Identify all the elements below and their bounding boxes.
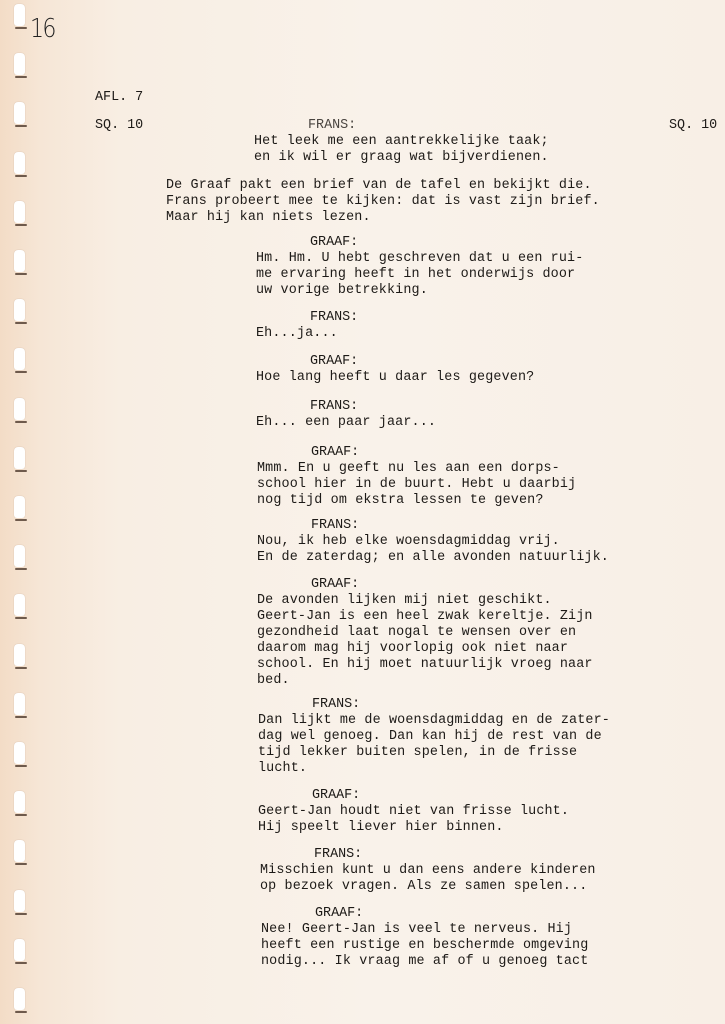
dialogue-block: FRANS: Misschien kunt u dan eens andere … bbox=[260, 847, 596, 895]
binding-hole bbox=[14, 890, 25, 912]
binding-hole bbox=[14, 988, 25, 1010]
binding-hole bbox=[14, 742, 25, 764]
dialogue-block: GRAAF: Hm. Hm. U hebt geschreven dat u e… bbox=[256, 235, 583, 299]
binding-hole bbox=[14, 939, 25, 961]
action-line: De Graaf pakt een brief van de tafel en … bbox=[166, 178, 600, 194]
binding-hole bbox=[14, 447, 25, 469]
dialogue-block: FRANS: Nou, ik heb elke woensdagmiddag v… bbox=[257, 518, 609, 566]
binding-hole bbox=[14, 594, 25, 616]
dialogue-line: De avonden lijken mij niet geschikt. bbox=[257, 593, 593, 609]
dialogue-line: Nee! Geert-Jan is veel te nerveus. Hij bbox=[261, 922, 588, 938]
binding-hole bbox=[14, 53, 25, 75]
dialogue-block: GRAAF: Hoe lang heeft u daar les gegeven… bbox=[256, 354, 534, 386]
dialogue-line: me ervaring heeft in het onderwijs door bbox=[256, 267, 583, 283]
binding-hole bbox=[14, 545, 25, 567]
dialogue-line: Geert-Jan houdt niet van frisse lucht. bbox=[258, 804, 569, 820]
speaker-name: FRANS: bbox=[314, 847, 596, 863]
dialogue-line: heeft een rustige en beschermde omgeving bbox=[261, 938, 588, 954]
binding-hole bbox=[14, 299, 25, 321]
dialogue-block: GRAAF: Geert-Jan houdt niet van frisse l… bbox=[258, 788, 569, 836]
dialogue-block: FRANS: Eh...ja... bbox=[256, 310, 358, 342]
dialogue-line: lucht. bbox=[258, 761, 610, 777]
dialogue-line: Dan lijkt me de woensdagmiddag en de zat… bbox=[258, 713, 610, 729]
speaker-name: GRAAF: bbox=[311, 445, 576, 461]
dialogue-line: Het leek me een aantrekkelijke taak; bbox=[254, 134, 549, 150]
dialogue-line: daarom mag hij voorlopig ook niet naar bbox=[257, 641, 593, 657]
binding-hole bbox=[14, 398, 25, 420]
dialogue-line: op bezoek vragen. Als ze samen spelen... bbox=[260, 879, 596, 895]
speaker-name: FRANS: bbox=[312, 697, 610, 713]
dialogue-line: nog tijd om ekstra lessen te geven? bbox=[257, 493, 576, 509]
dialogue-line: Geert-Jan is een heel zwak kereltje. Zij… bbox=[257, 609, 593, 625]
binding-hole bbox=[14, 791, 25, 813]
script-page: 16 AFL. 7 SQ. 10 SQ. 10 FRANS: Het leek … bbox=[0, 0, 725, 1024]
speaker-name: GRAAF: bbox=[310, 235, 583, 251]
binding-hole bbox=[14, 644, 25, 666]
binding-hole bbox=[14, 4, 25, 26]
speaker-name: FRANS: bbox=[310, 310, 358, 326]
binding-hole bbox=[14, 840, 25, 862]
speaker-name: GRAAF: bbox=[310, 354, 534, 370]
action-line: Maar hij kan niets lezen. bbox=[166, 210, 600, 226]
speaker-name: FRANS: bbox=[308, 118, 549, 134]
dialogue-line: dag wel genoeg. Dan kan hij de rest van … bbox=[258, 729, 610, 745]
binding-hole bbox=[14, 102, 25, 124]
handwritten-page-number: 16 bbox=[30, 14, 55, 44]
binding-hole bbox=[14, 496, 25, 518]
speaker-name: GRAAF: bbox=[315, 906, 588, 922]
dialogue-line: Eh... een paar jaar... bbox=[256, 415, 436, 431]
speaker-name: GRAAF: bbox=[312, 788, 569, 804]
action-line: Frans probeert mee te kijken: dat is vas… bbox=[166, 194, 600, 210]
dialogue-line: school hier in de buurt. Hebt u daarbij bbox=[257, 477, 576, 493]
dialogue-block: FRANS: Het leek me een aantrekkelijke ta… bbox=[254, 118, 549, 166]
dialogue-line: uw vorige betrekking. bbox=[256, 283, 583, 299]
binding-hole bbox=[14, 693, 25, 715]
sequence-label-right: SQ. 10 bbox=[669, 118, 717, 134]
speaker-name: FRANS: bbox=[311, 518, 609, 534]
dialogue-block: FRANS: Dan lijkt me de woensdagmiddag en… bbox=[258, 697, 610, 777]
dialogue-line: Mmm. En u geeft nu les aan een dorps- bbox=[257, 461, 576, 477]
dialogue-line: gezondheid laat nogal te wensen over en bbox=[257, 625, 593, 641]
dialogue-line: Eh...ja... bbox=[256, 326, 358, 342]
dialogue-line: Misschien kunt u dan eens andere kindere… bbox=[260, 863, 596, 879]
dialogue-block: FRANS: Eh... een paar jaar... bbox=[256, 399, 436, 431]
action-block: De Graaf pakt een brief van de tafel en … bbox=[166, 178, 600, 226]
dialogue-line: nodig... Ik vraag me af of u genoeg tact bbox=[261, 954, 588, 970]
dialogue-block: GRAAF: Mmm. En u geeft nu les aan een do… bbox=[257, 445, 576, 509]
dialogue-line: Hoe lang heeft u daar les gegeven? bbox=[256, 370, 534, 386]
binding-hole bbox=[14, 348, 25, 370]
dialogue-block: GRAAF: De avonden lijken mij niet geschi… bbox=[257, 577, 593, 689]
speaker-name: FRANS: bbox=[310, 399, 436, 415]
dialogue-line: school. En hij moet natuurlijk vroeg naa… bbox=[257, 657, 593, 673]
binding-holes bbox=[10, 0, 30, 1024]
dialogue-line: Hij speelt liever hier binnen. bbox=[258, 820, 569, 836]
dialogue-line: Nou, ik heb elke woensdagmiddag vrij. bbox=[257, 534, 609, 550]
speaker-name: GRAAF: bbox=[311, 577, 593, 593]
dialogue-line: Hm. Hm. U hebt geschreven dat u een rui- bbox=[256, 251, 583, 267]
dialogue-line: tijd lekker buiten spelen, in de frisse bbox=[258, 745, 610, 761]
binding-hole bbox=[14, 152, 25, 174]
dialogue-line: en ik wil er graag wat bijverdienen. bbox=[254, 150, 549, 166]
episode-label: AFL. 7 bbox=[95, 90, 143, 106]
dialogue-block: GRAAF: Nee! Geert-Jan is veel te nerveus… bbox=[261, 906, 588, 970]
sequence-label-left: SQ. 10 bbox=[95, 118, 143, 134]
binding-hole bbox=[14, 250, 25, 272]
dialogue-line: En de zaterdag; en alle avonden natuurli… bbox=[257, 550, 609, 566]
dialogue-line: bed. bbox=[257, 673, 593, 689]
binding-hole bbox=[14, 201, 25, 223]
